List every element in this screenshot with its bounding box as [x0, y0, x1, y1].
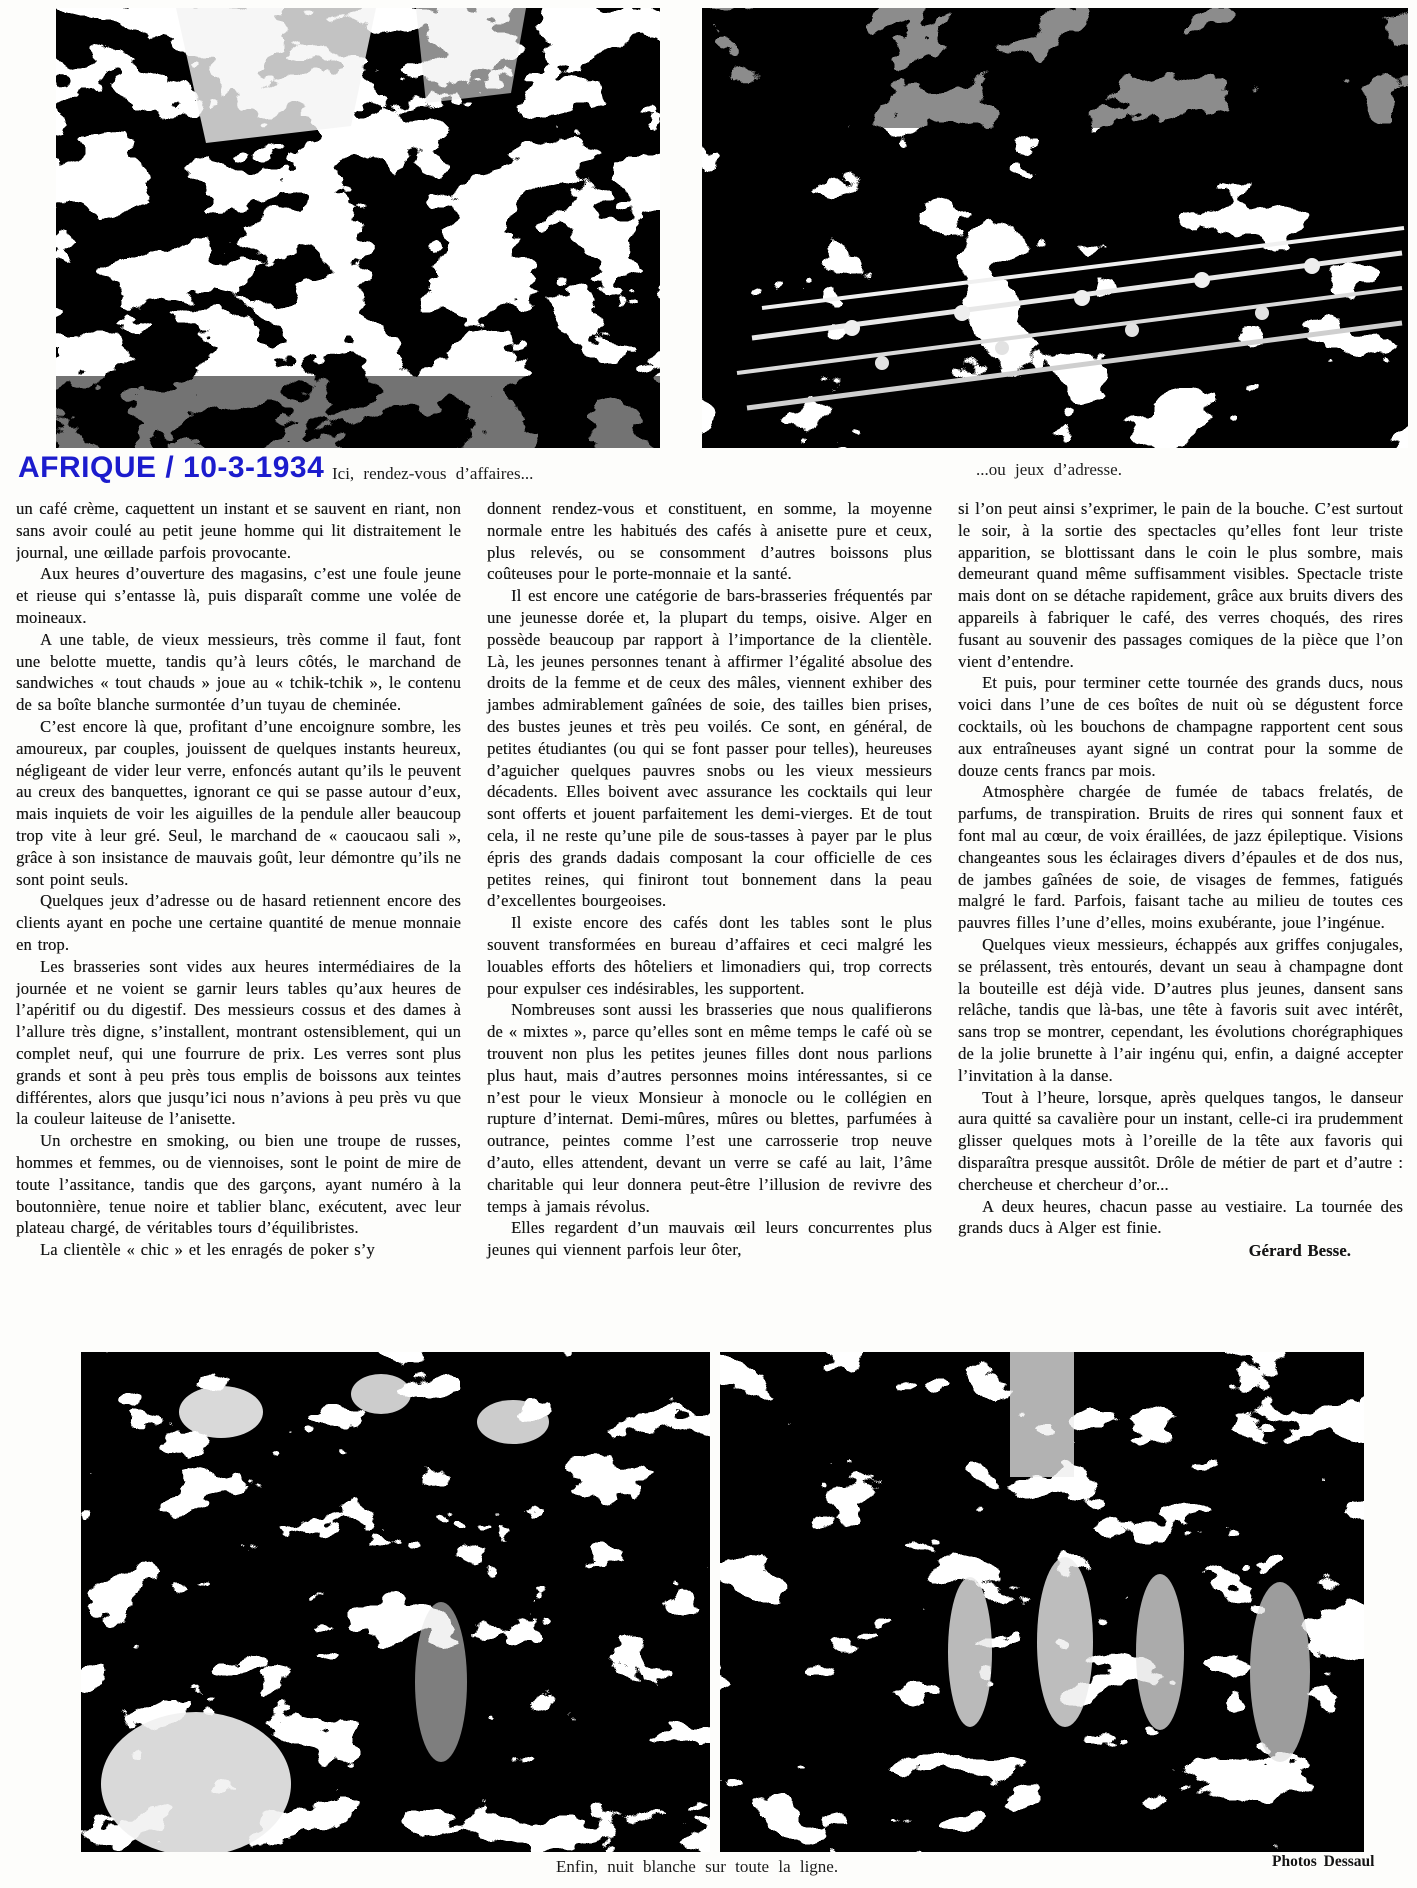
brasserie-interior-crowd-photo	[81, 1352, 710, 1852]
article-body: un café crème, caquettent un instant et …	[16, 498, 1408, 1344]
paragraph: Les brasseries sont vides aux heures int…	[16, 956, 461, 1130]
chandelier-highlight	[351, 1374, 411, 1414]
chandelier-highlight	[477, 1400, 549, 1444]
dancer-figure-highlight	[948, 1577, 992, 1727]
paragraph: Et puis, pour terminer cette tournée des…	[958, 672, 1403, 781]
pillar-highlight	[1010, 1352, 1074, 1477]
white-dress-highlight	[101, 1712, 291, 1852]
article-column-3: si l’on peut ainsi s’exprimer, le pain d…	[958, 498, 1403, 1344]
paragraph: Atmosphère chargée de fumée de tabacs fr…	[958, 781, 1403, 934]
paragraph: Nombreuses sont aussi les brasseries que…	[487, 999, 932, 1217]
halftone-photo-graphic	[81, 1352, 710, 1852]
article-column-1: un café crème, caquettent un instant et …	[16, 498, 461, 1344]
dancer-figure-highlight	[1250, 1582, 1310, 1762]
paragraph: si l’on peut ainsi s’exprimer, le pain d…	[958, 498, 1403, 672]
masthead-title: AFRIQUE / 10-3-1934	[18, 451, 324, 485]
paragraph: A deux heures, chacun passe au vestiaire…	[958, 1196, 1403, 1240]
dancer-figure-highlight	[1037, 1557, 1093, 1727]
paragraph: Tout à l’heure, lorsque, après quelques …	[958, 1087, 1403, 1196]
paragraph: Quelques jeux d’adresse ou de hasard ret…	[16, 890, 461, 955]
halftone-photo-graphic	[56, 8, 660, 448]
caption-top-left: Ici, rendez-vous d’affaires...	[332, 464, 533, 484]
paragraph: La clientèle « chic » et les enragés de …	[16, 1239, 461, 1261]
paragraph: Un orchestre en smoking, ou bien une tro…	[16, 1130, 461, 1239]
halftone-photo-graphic	[702, 8, 1408, 448]
chandelier-highlight	[179, 1386, 263, 1438]
nightclub-dancers-photo	[720, 1352, 1364, 1852]
table-football-game-photo	[702, 8, 1408, 448]
dancer-figure-highlight	[1136, 1574, 1184, 1730]
cafe-terrace-crowd-photo	[56, 8, 660, 448]
caption-bottom: Enfin, nuit blanche sur toute la ligne.	[556, 1857, 838, 1877]
article-column-2: donnent rendez-vous et constituent, en s…	[487, 498, 932, 1344]
paragraph: Aux heures d’ouverture des magasins, c’e…	[16, 563, 461, 628]
caption-top-right: ...ou jeux d’adresse.	[976, 460, 1122, 480]
paragraph: C’est encore là que, profitant d’une enc…	[16, 716, 461, 890]
paragraph: Elles regardent d’un mauvais œil leurs c…	[487, 1217, 932, 1261]
paragraph: Quelques vieux messieurs, échappés aux g…	[958, 934, 1403, 1087]
paragraph: A une table, de vieux messieurs, très co…	[16, 629, 461, 716]
paragraph: Il existe encore des cafés dont les tabl…	[487, 912, 932, 999]
paragraph: donnent rendez-vous et constituent, en s…	[487, 498, 932, 585]
paragraph: Il est encore une catégorie de bars-bras…	[487, 585, 932, 912]
photo-credit: Photos Dessaul	[1272, 1853, 1374, 1871]
halftone-photo-graphic	[720, 1352, 1364, 1852]
paragraph: un café crème, caquettent un instant et …	[16, 498, 461, 563]
author-signature: Gérard Besse.	[958, 1240, 1403, 1262]
